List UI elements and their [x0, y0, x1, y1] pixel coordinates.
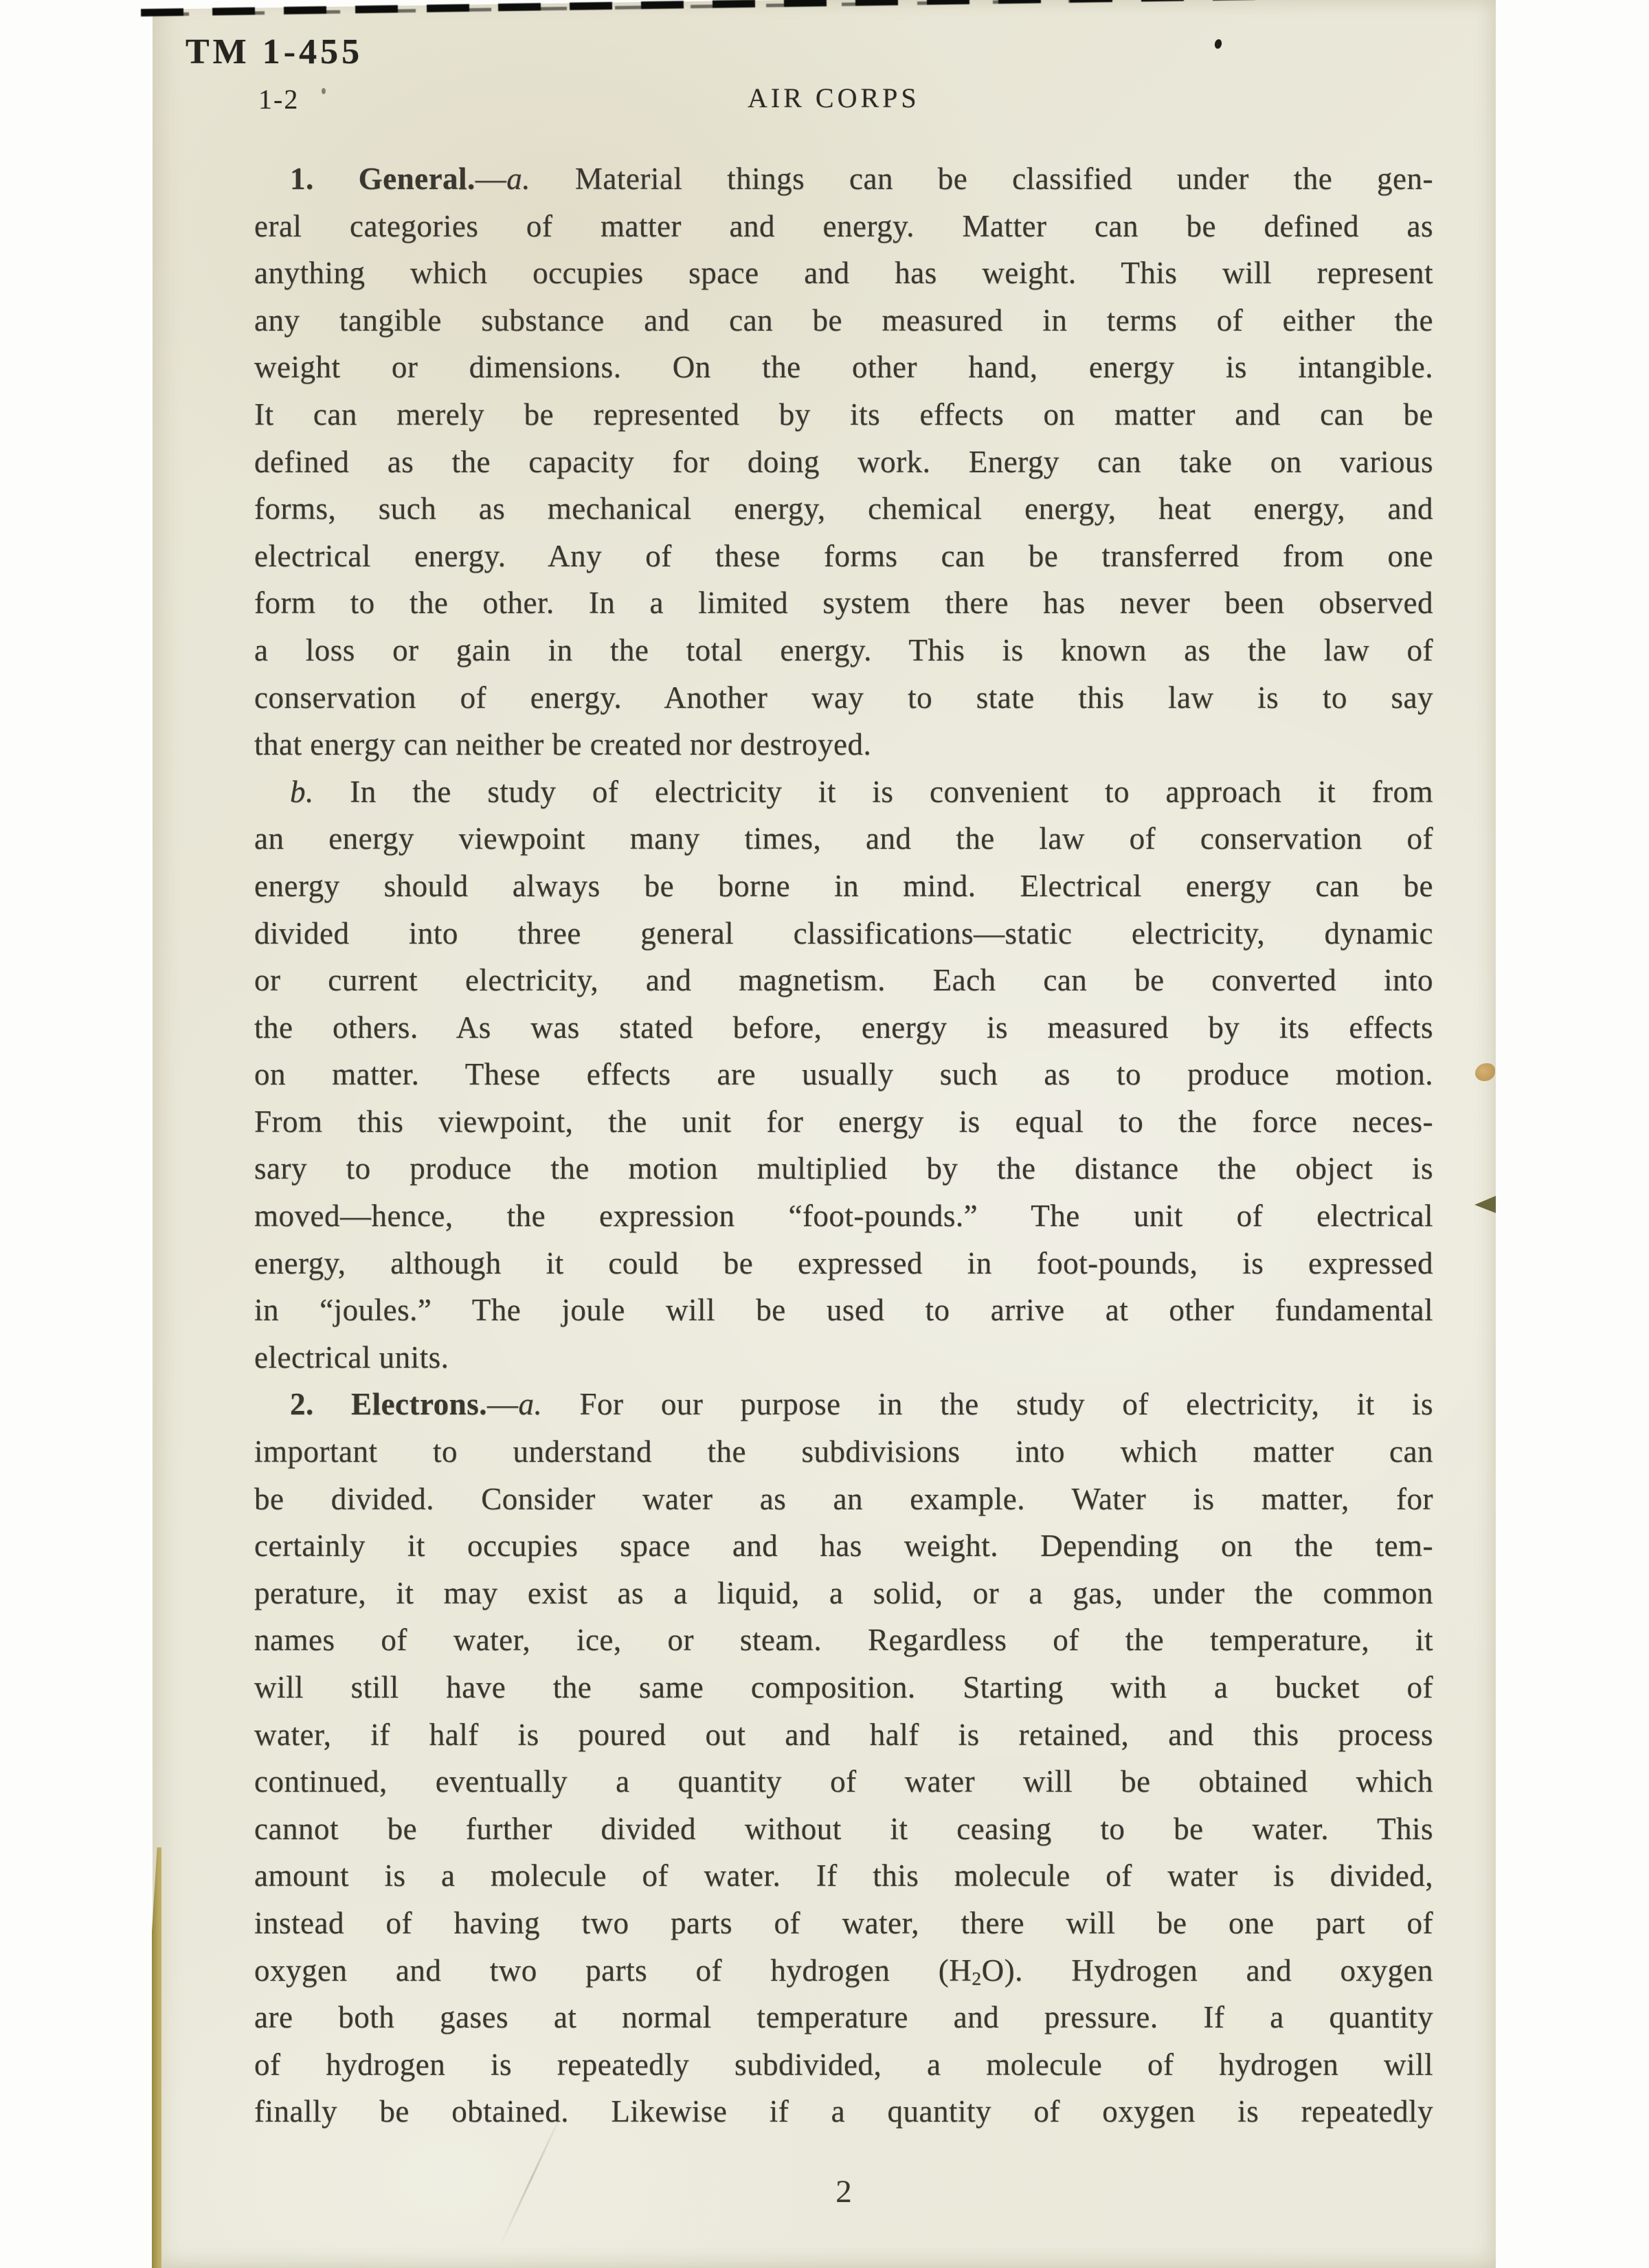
text-line: forms, such as mechanical energy, chemic… [254, 485, 1433, 533]
text-line: important to understand the subdivisions… [254, 1428, 1433, 1476]
text-line: electrical energy. Any of these forms ca… [254, 533, 1433, 580]
text-line: From this viewpoint, the unit for energy… [254, 1098, 1433, 1146]
text-line: amount is a molecule of water. If this m… [254, 1852, 1433, 1900]
text-line: are both gases at normal temperature and… [254, 1994, 1433, 2041]
text-line: anything which occupies space and has we… [254, 249, 1433, 297]
text-line: energy, although it could be expressed i… [254, 1240, 1433, 1287]
text-line: moved—hence, the expression “foot-pounds… [254, 1192, 1433, 1240]
text-line: names of water, ice, or steam. Regardles… [254, 1616, 1433, 1664]
text-line: a loss or gain in the total energy. This… [254, 627, 1433, 674]
text-line: perature, it may exist as a liquid, a so… [254, 1570, 1433, 1617]
text-line: instead of having two parts of water, th… [254, 1900, 1433, 1947]
section-range: 1-2 [258, 83, 299, 115]
running-head: AIR CORPS [748, 82, 920, 114]
text-line: or current electricity, and magnetism. E… [254, 957, 1433, 1004]
text-line: an energy viewpoint many times, and the … [254, 815, 1433, 863]
text-line: weight or dimensions. On the other hand,… [254, 344, 1433, 391]
text-line: that energy can neither be created nor d… [254, 721, 1433, 768]
text-line: be divided. Consider water as an example… [254, 1476, 1433, 1523]
text-line: 1. General.—a. Material things can be cl… [254, 155, 1433, 203]
manual-number: TM 1-455 [186, 32, 363, 72]
text-line: continued, eventually a quantity of wate… [254, 1758, 1433, 1805]
text-line: sary to produce the motion multiplied by… [254, 1145, 1433, 1192]
text-line: oxygen and two parts of hydrogen (H2O). … [254, 1947, 1433, 1994]
text-line: in “joules.” The joule will be used to a… [254, 1287, 1433, 1334]
text-line: defined as the capacity for doing work. … [254, 438, 1433, 486]
text-line: finally be obtained. Likewise if a quant… [254, 2088, 1433, 2135]
page-number: 2 [254, 2173, 1433, 2210]
text-line: electrical units. [254, 1334, 1433, 1381]
text-line: b. In the study of electricity it is con… [254, 768, 1433, 816]
body-text: 1. General.—a. Material things can be cl… [254, 155, 1433, 2135]
text-line: any tangible substance and can be measur… [254, 297, 1433, 344]
text-line: form to the other. In a limited system t… [254, 579, 1433, 627]
text-line: on matter. These effects are usually suc… [254, 1051, 1433, 1098]
text-line: divided into three general classificatio… [254, 910, 1433, 957]
text-line: water, if half is poured out and half is… [254, 1711, 1433, 1759]
edge-tear-mark [1474, 1196, 1496, 1213]
text-line: cannot be further divided without it cea… [254, 1805, 1433, 1853]
text-line: of hydrogen is repeatedly subdivided, a … [254, 2041, 1433, 2089]
binding-edge [152, 1847, 161, 2268]
text-line: will still have the same composition. St… [254, 1664, 1433, 1711]
ink-speck-small [322, 88, 326, 94]
page-scan: TM 1-455 1-2 AIR CORPS 1. General.—a. Ma… [0, 0, 1649, 2268]
text-line: certainly it occupies space and has weig… [254, 1522, 1433, 1570]
text-line: eral categories of matter and energy. Ma… [254, 203, 1433, 250]
text-line: 2. Electrons.—a. For our purpose in the … [254, 1381, 1433, 1428]
text-line: It can merely be represented by its effe… [254, 391, 1433, 438]
text-line: conservation of energy. Another way to s… [254, 674, 1433, 722]
text-line: energy should always be borne in mind. E… [254, 863, 1433, 910]
text-line: the others. As was stated before, energy… [254, 1004, 1433, 1052]
